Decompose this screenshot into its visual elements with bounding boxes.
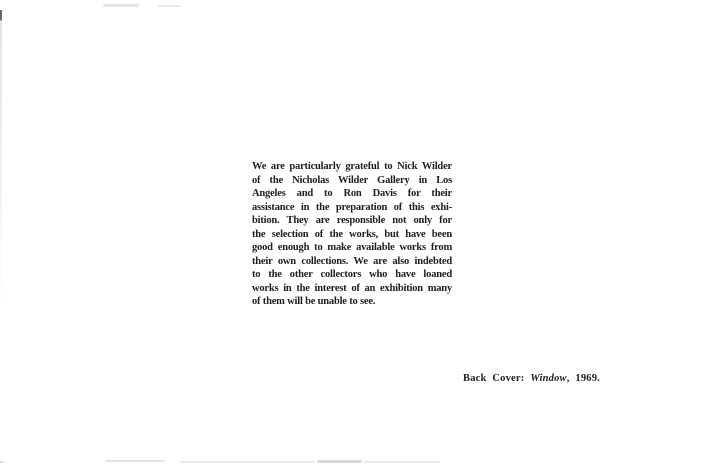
scan-smudge [0, 461, 3, 463]
paragraph-line: the selection of the works, but have bee… [252, 228, 452, 242]
paragraph-line: works in the interest of an exhibition m… [252, 282, 452, 296]
paragraph-line: bition. They are responsible not only fo… [252, 214, 452, 228]
scan-smudge [158, 5, 181, 7]
paragraph-line: their own collections. We are also indeb… [252, 255, 452, 269]
paragraph-line: of them will be unable to see. [252, 295, 452, 309]
scan-smudge [364, 461, 440, 463]
paragraph-line: good enough to make available works from [252, 241, 452, 255]
scan-smudge [317, 460, 362, 463]
paragraph-line: Angeles and to Ron Davis for their [252, 187, 452, 201]
caption-artwork-title: Window [530, 373, 566, 384]
acknowledgment-paragraph: We are particularly grateful to Nick Wil… [252, 160, 452, 309]
caption-prefix: Back Cover: [463, 373, 530, 384]
back-cover-caption: Back Cover: Window, 1969. [463, 373, 600, 384]
scanned-catalog-page: We are particularly grateful to Nick Wil… [0, 0, 706, 471]
scan-smudge [103, 4, 139, 7]
paragraph-line: assistance in the preparation of this ex… [252, 201, 452, 215]
caption-suffix: , 1969. [567, 373, 600, 384]
scan-smudge [105, 460, 165, 462]
scan-smudge [0, 20, 2, 310]
paragraph-line: to the other collectors who have loaned [252, 268, 452, 282]
paragraph-line: of the Nicholas Wilder Gallery in Los [252, 174, 452, 188]
scan-smudge [180, 461, 315, 463]
paragraph-line: We are particularly grateful to Nick Wil… [252, 160, 452, 174]
